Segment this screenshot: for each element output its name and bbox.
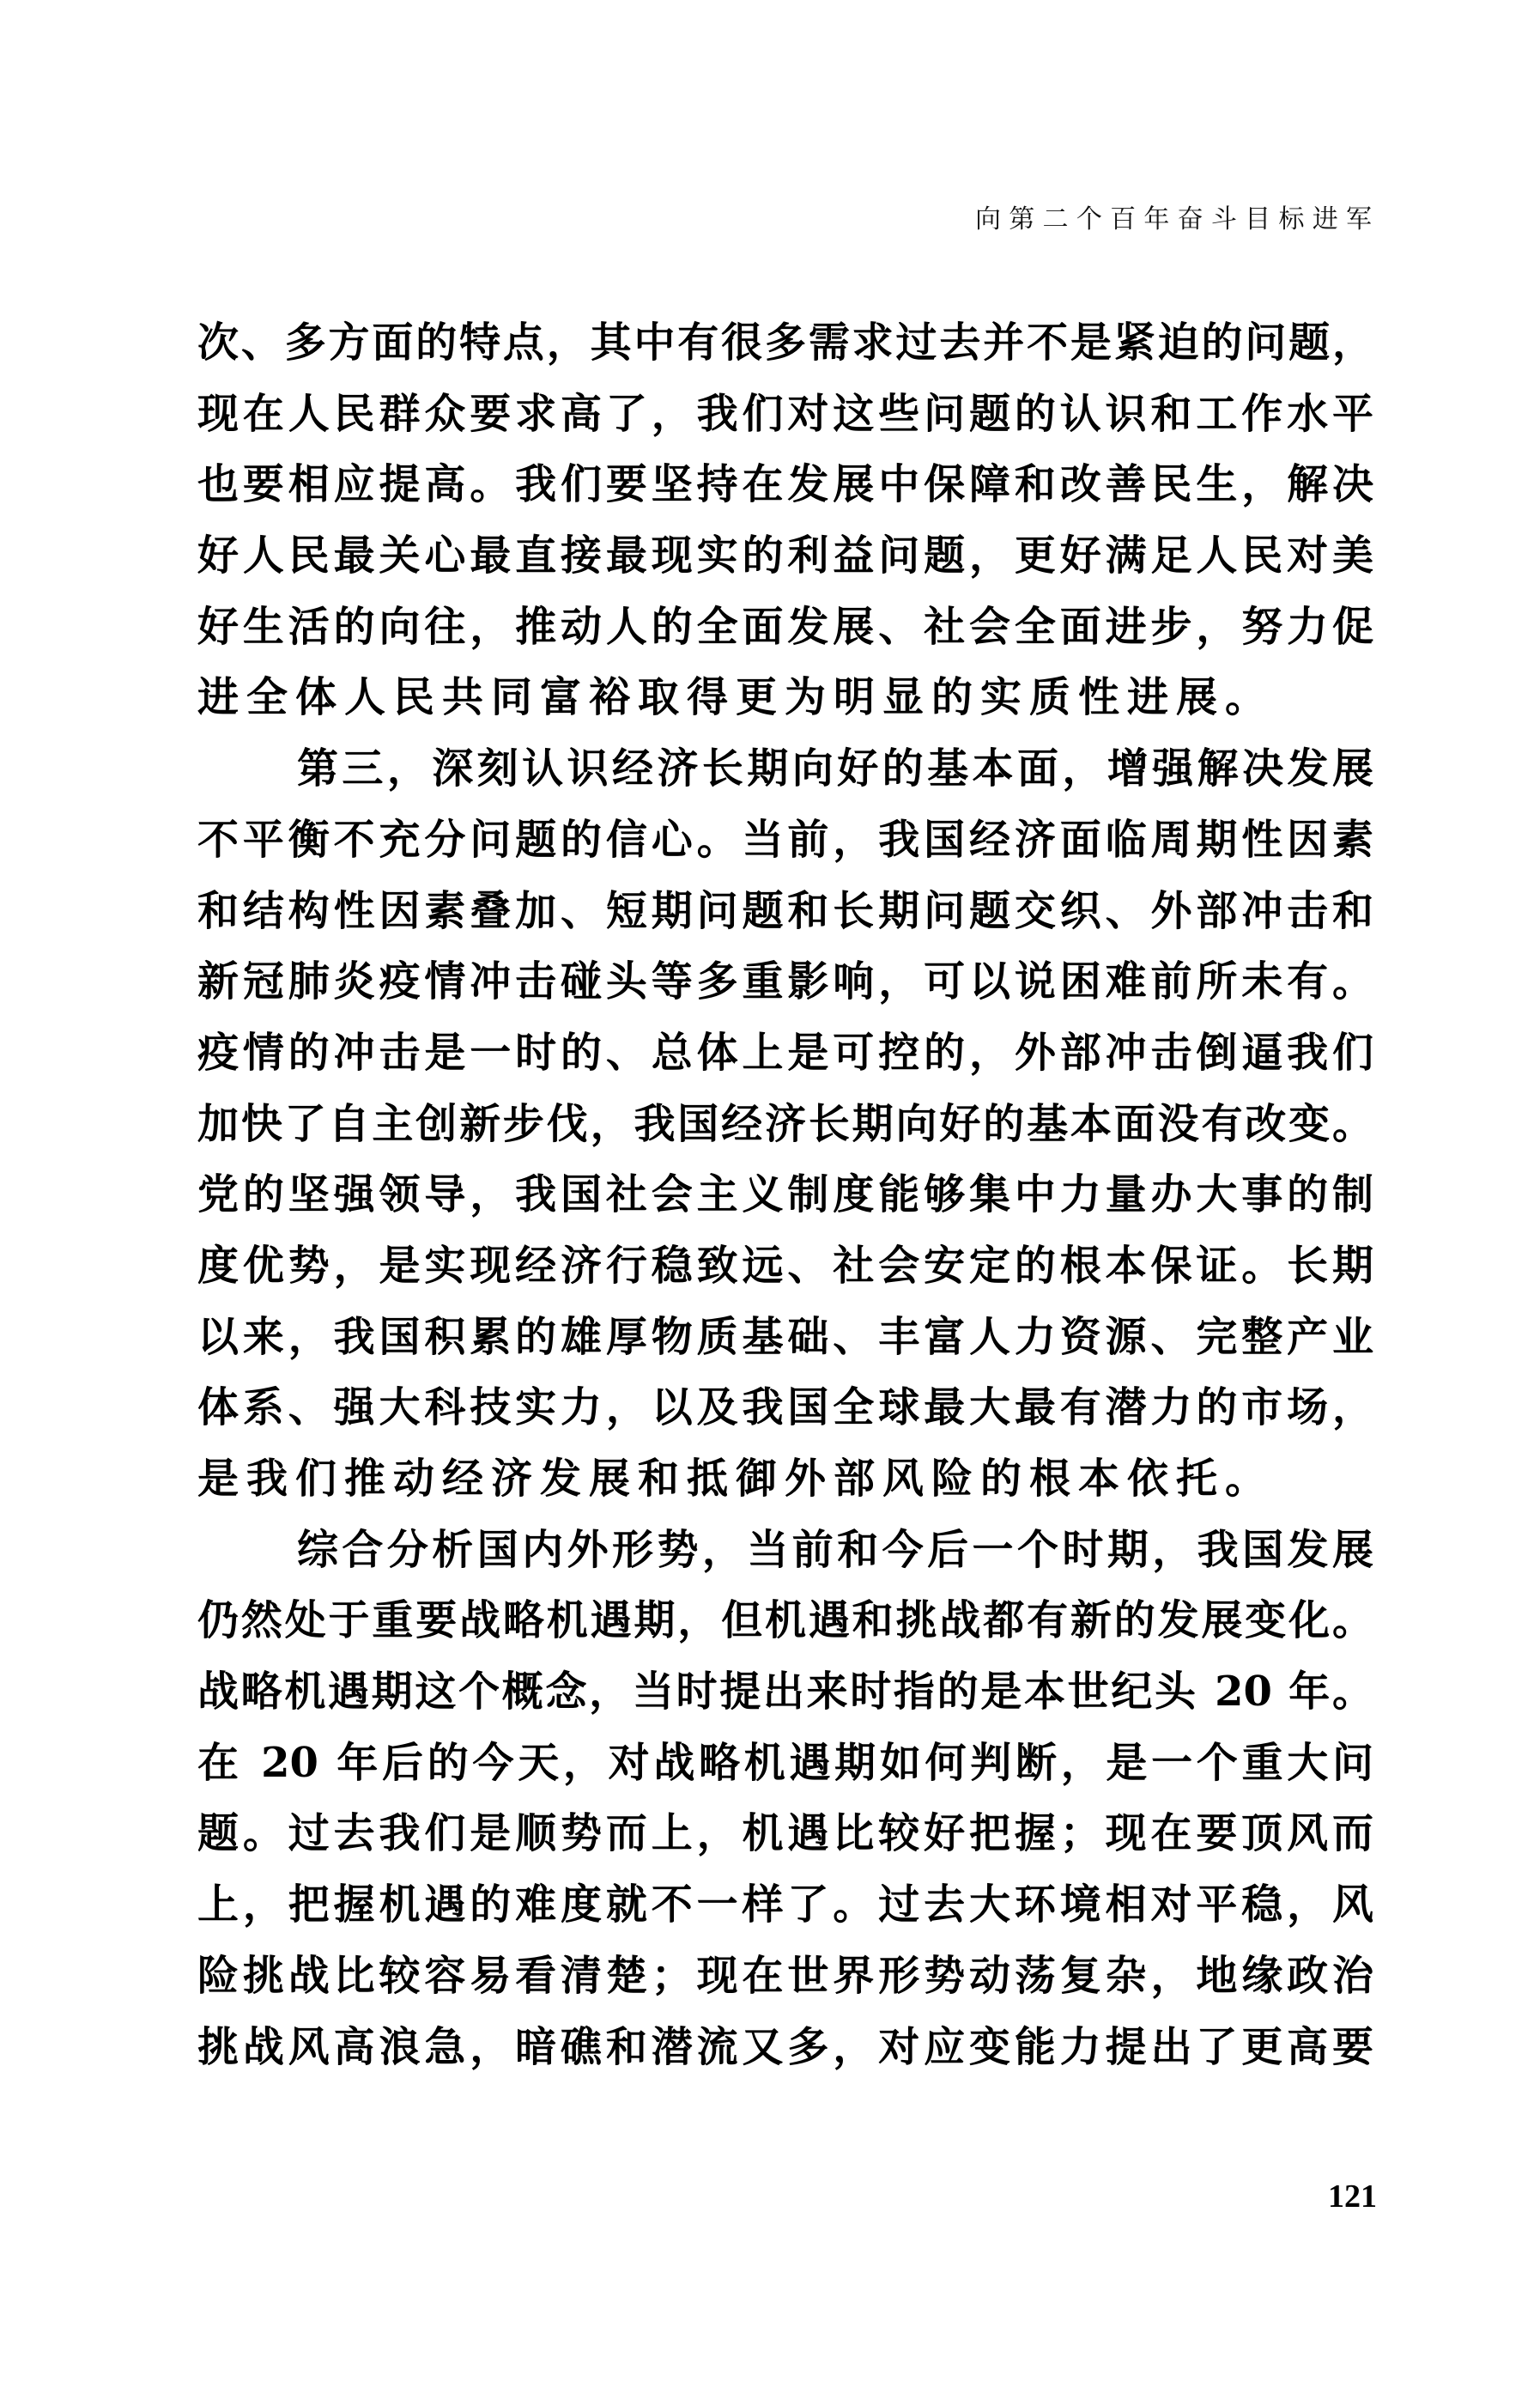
text-line: 是我们推动经济发展和抵御外部风险的根本依托。 <box>197 1450 1373 1522</box>
text-line: 上，把握机遇的难度就不一样了。过去大环境相对平稳，风 <box>197 1876 1373 1948</box>
text-line: 在 20 年后的今天，对战略机遇期如何判断，是一个重大问 <box>197 1735 1373 1806</box>
text-line: 体系、强大科技实力，以及我国全球最大最有潜力的市场， <box>197 1379 1373 1450</box>
book-page: 向第二个百年奋斗目标进军 次、多方面的特点，其中有很多需求过去并不是紧迫的问题，… <box>0 0 1540 2382</box>
text-line: 以来，我国积累的雄厚物质基础、丰富人力资源、完整产业 <box>197 1309 1373 1380</box>
text-line: 和结构性因素叠加、短期问题和长期问题交织、外部冲击和 <box>197 883 1373 954</box>
body-text: 次、多方面的特点，其中有很多需求过去并不是紧迫的问题， 现在人民群众要求高了，我… <box>197 314 1373 2089</box>
text-line: 新冠肺炎疫情冲击碰头等多重影响，可以说困难前所未有。 <box>197 953 1373 1024</box>
text-line: 好人民最关心最直接最现实的利益问题，更好满足人民对美 <box>197 527 1373 599</box>
text-line: 也要相应提高。我们要坚持在发展中保障和改善民生，解决 <box>197 456 1373 527</box>
text-line: 综合分析国内外形势，当前和今后一个时期，我国发展 <box>197 1522 1373 1593</box>
paragraph-1: 次、多方面的特点，其中有很多需求过去并不是紧迫的问题， 现在人民群众要求高了，我… <box>197 314 1373 740</box>
page-number: 121 <box>1322 2179 1377 2214</box>
paragraph-3: 综合分析国内外形势，当前和今后一个时期，我国发展 仍然处于重要战略机遇期，但机遇… <box>197 1522 1373 2090</box>
text-line: 仍然处于重要战略机遇期，但机遇和挑战都有新的发展变化。 <box>197 1592 1373 1663</box>
text-line: 现在人民群众要求高了，我们对这些问题的认识和工作水平 <box>197 386 1373 457</box>
text-line: 疫情的冲击是一时的、总体上是可控的，外部冲击倒逼我们 <box>197 1024 1373 1096</box>
text-line: 第三，深刻认识经济长期向好的基本面，增强解决发展 <box>197 740 1373 811</box>
text-line: 险挑战比较容易看清楚；现在世界形势动荡复杂，地缘政治 <box>197 1948 1373 2019</box>
text-line: 次、多方面的特点，其中有很多需求过去并不是紧迫的问题， <box>197 314 1373 386</box>
text-line: 加快了自主创新步伐，我国经济长期向好的基本面没有改变。 <box>197 1096 1373 1167</box>
text-line: 进全体人民共同富裕取得更为明显的实质性进展。 <box>197 669 1373 740</box>
running-header-title: 向第二个百年奋斗目标进军 <box>975 203 1372 237</box>
text-line: 题。过去我们是顺势而上，机遇比较好把握；现在要顶风而 <box>197 1805 1373 1876</box>
text-line: 不平衡不充分问题的信心。当前，我国经济面临周期性因素 <box>197 811 1373 883</box>
text-line: 战略机遇期这个概念，当时提出来时指的是本世纪头 20 年。 <box>197 1663 1373 1735</box>
text-line: 党的坚强领导，我国社会主义制度能够集中力量办大事的制 <box>197 1166 1373 1237</box>
text-line: 度优势，是实现经济行稳致远、社会安定的根本保证。长期 <box>197 1237 1373 1309</box>
text-line: 挑战风高浪急，暗礁和潜流又多，对应变能力提出了更高要 <box>197 2019 1373 2090</box>
text-line: 好生活的向往，推动人的全面发展、社会全面进步，努力促 <box>197 599 1373 670</box>
paragraph-2: 第三，深刻认识经济长期向好的基本面，增强解决发展 不平衡不充分问题的信心。当前，… <box>197 740 1373 1522</box>
